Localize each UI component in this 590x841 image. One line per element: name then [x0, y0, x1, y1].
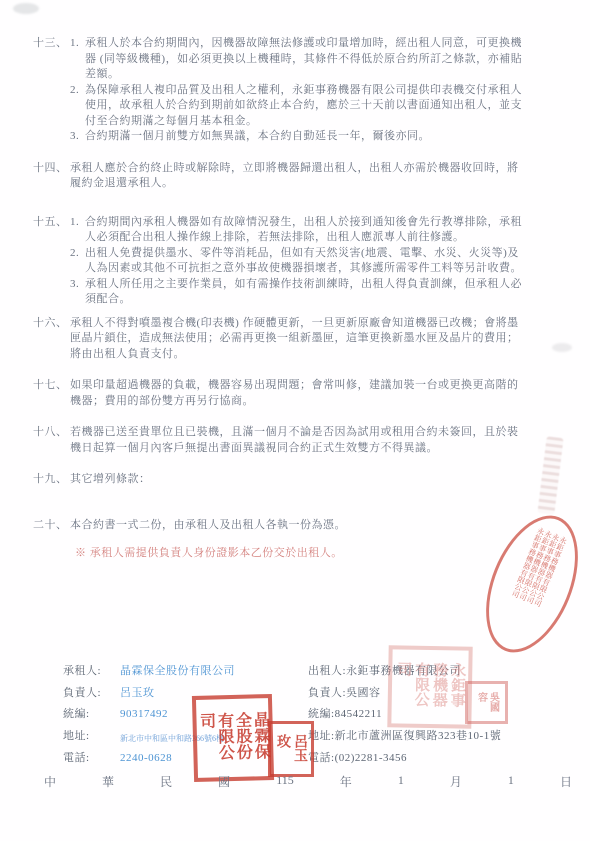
- clause-number: 二十、: [33, 518, 70, 534]
- clause-15-item-3: 3. 承租人所任用之主要作業員，如有需操作技術訓練時，出租人得負責訓練，但承租人…: [70, 277, 529, 308]
- clause-text: 為保障承租人複印品質及出租人之權利，永鉅事務機器有限公司提供印表機交付承租人使用…: [85, 83, 529, 130]
- lessor-phone-row: 電話: (02)2281-3456: [308, 752, 578, 774]
- clause-text: 承租人於本合約期間內，因機器故障無法修護或印量增加時，經出租人同意，可更換機器 …: [85, 36, 529, 83]
- lessee-taxid-value: 90317492: [120, 708, 168, 721]
- lessee-rep-name: 呂玉玫: [120, 687, 155, 700]
- lessor-company-seal-stamp-faint: 永鉅事務機器有限公司: [387, 645, 472, 728]
- clause-text: 合約期間內承租人機器如有故障情況發生，出租人於接到通知後會先行教導排除，承租人必…: [85, 215, 529, 246]
- lessor-rep-label: 負責人:: [308, 687, 346, 700]
- item-number: 3.: [70, 277, 85, 308]
- item-number: 3.: [70, 129, 85, 145]
- clause-number: 十八、: [33, 425, 70, 456]
- clause-13: 十三、 1. 承租人於本合約期間內，因機器故障無法修護或印量增加時，經出租人同意…: [33, 36, 529, 145]
- lessee-representative-seal-text: 呂玉玫: [274, 734, 308, 764]
- item-number: 1.: [70, 215, 85, 246]
- clause-number: 十五、: [33, 215, 70, 308]
- clause-13-item-3: 3. 合約期滿一個月前雙方如無異議，本合約自動延長一年，爾後亦同。: [70, 129, 529, 145]
- clause-number: 十七、: [33, 378, 70, 409]
- lessor-company-seal-text: 永鉅事務機器有限公司: [394, 661, 467, 712]
- clause-15: 十五、 1. 合約期間內承租人機器如有故障情況發生，出租人於接到通知後會先行教導…: [33, 215, 529, 308]
- lessee-role-label: 承租人:: [63, 665, 120, 678]
- lessee-phone-value: 2240-0628: [120, 752, 172, 765]
- clause-text: 承租人不得對噴墨複合機(印表機) 作硬體更新，一旦更新原廠會知道機器已改機；會將…: [70, 316, 529, 363]
- lessee-representative-seal-stamp: 呂玉玫: [268, 721, 314, 777]
- date-char: 國: [218, 773, 230, 790]
- lessor-taxid-value: 84542211: [335, 708, 383, 721]
- clause-text: 出租人免費提供墨水、零件等消耗品，但如有天然災害(地震、電擊、水災、火災等)及人…: [85, 246, 529, 277]
- clause-13-item-2: 2. 為保障承租人複印品質及出租人之權利，永鉅事務機器有限公司提供印表機交付承租…: [70, 83, 529, 130]
- clause-number: 十三、: [33, 36, 70, 145]
- clause-15-item-1: 1. 合約期間內承租人機器如有故障情況發生，出租人於接到通知後會先行教導排除，承…: [70, 215, 529, 246]
- clause-16: 十六、 承租人不得對噴墨複合機(印表機) 作硬體更新，一旦更新原廠會知道機器已改…: [33, 316, 529, 363]
- clause-text: 承租人所任用之主要作業員，如有需操作技術訓練時，出租人得負責訓練，但承租人必須配…: [85, 277, 529, 308]
- roc-date-line: 中 華 民 國 115 年 1 月 1 日: [44, 773, 572, 790]
- clause-text: 本合約書一式二份，由承租人及出租人各執一份為憑。: [70, 518, 529, 534]
- scan-smudge-top-left: [13, 3, 39, 14]
- lessee-company-seal-stamp: 晶霖保全股份有限公司: [192, 694, 274, 782]
- lessee-phone-label: 電話:: [63, 752, 120, 765]
- lessor-role-label: 出租人:: [308, 665, 346, 678]
- lessor-address-row: 地址: 新北市蘆洲區復興路323巷10-1號: [308, 730, 578, 752]
- clause-number: 十九、: [33, 472, 70, 488]
- lessee-company-name: 晶霖保全股份有限公司: [120, 665, 235, 678]
- date-year-value: 115: [276, 773, 294, 790]
- clause-17: 十七、 如果印量超過機器的負載，機器容易出現問題；會常叫修，建議加裝一台或更換更…: [33, 378, 529, 409]
- lessor-rep-name: 吳國容: [346, 687, 381, 700]
- clause-text: 如果印量超過機器的負載，機器容易出現問題；會常叫修，建議加裝一台或更換更高階的機…: [70, 378, 529, 409]
- date-month-value: 1: [398, 773, 404, 790]
- faint-stamp-fragment: [537, 436, 563, 514]
- date-month-label: 月: [450, 773, 462, 790]
- date-char: 民: [160, 773, 172, 790]
- scan-smudge-right: [552, 343, 572, 352]
- lessee-company-row: 承租人: 晶霖保全股份有限公司: [63, 665, 303, 687]
- lessee-rep-label: 負責人:: [63, 687, 120, 700]
- clause-text: 若機器已送至貴單位且已裝機，且滿一個月不論是否因為試用或租用合約未簽回，且於裝機…: [70, 425, 529, 456]
- lessor-phone-value: (02)2281-3456: [335, 752, 408, 765]
- date-day-value: 1: [508, 773, 514, 790]
- clause-text: 承租人應於合約終止時或解除時，立即將機器歸還出租人，出租人亦需於機器收回時，將履…: [70, 161, 529, 192]
- clause-text: 合約期滿一個月前雙方如無異議，本合約自動延長一年，爾後亦同。: [85, 129, 529, 145]
- lessee-address-label: 地址:: [63, 730, 120, 743]
- date-char: 華: [102, 773, 114, 790]
- item-number: 2.: [70, 246, 85, 277]
- red-note: ※ 承租人需提供負責人身份證影本乙份交於出租人。: [75, 546, 529, 562]
- clause-18: 十八、 若機器已送至貴單位且已裝機，且滿一個月不論是否因為試用或租用合約未簽回，…: [33, 425, 529, 456]
- item-number: 1.: [70, 36, 85, 83]
- clause-13-item-1: 1. 承租人於本合約期間內，因機器故障無法修護或印量增加時，經出租人同意，可更換…: [70, 36, 529, 83]
- clause-text: 其它增列條款：: [70, 472, 529, 488]
- lessee-company-seal-text: 晶霖保全股份有限公司: [196, 711, 269, 765]
- date-day-label: 日: [560, 773, 572, 790]
- lessor-taxid-label: 統編:: [308, 708, 335, 721]
- date-year-label: 年: [340, 773, 352, 790]
- clause-number: 十六、: [33, 316, 70, 363]
- clause-19: 十九、 其它增列條款：: [33, 472, 529, 488]
- clause-14: 十四、 承租人應於合約終止時或解除時，立即將機器歸還出租人，出租人亦需於機器收回…: [33, 161, 529, 192]
- date-char: 中: [44, 773, 56, 790]
- lessee-taxid-label: 統編:: [63, 708, 120, 721]
- contract-page: 十三、 1. 承租人於本合約期間內，因機器故障無法修護或印量增加時，經出租人同意…: [0, 0, 590, 841]
- lessor-address-value: 新北市蘆洲區復興路323巷10-1號: [335, 730, 502, 743]
- clause-number: 十四、: [33, 161, 70, 192]
- item-number: 2.: [70, 83, 85, 130]
- clause-20: 二十、 本合約書一式二份，由承租人及出租人各執一份為憑。: [33, 518, 529, 534]
- lessor-representative-seal-text: 吳國容: [475, 692, 499, 714]
- contract-body: 十三、 1. 承租人於本合約期間內，因機器故障無法修護或印量增加時，經出租人同意…: [33, 36, 529, 562]
- clause-15-item-2: 2. 出租人免費提供墨水、零件等消耗品，但如有天然災害(地震、電擊、水災、火災等…: [70, 246, 529, 277]
- lessor-representative-seal-stamp-faint: 吳國容: [465, 681, 508, 724]
